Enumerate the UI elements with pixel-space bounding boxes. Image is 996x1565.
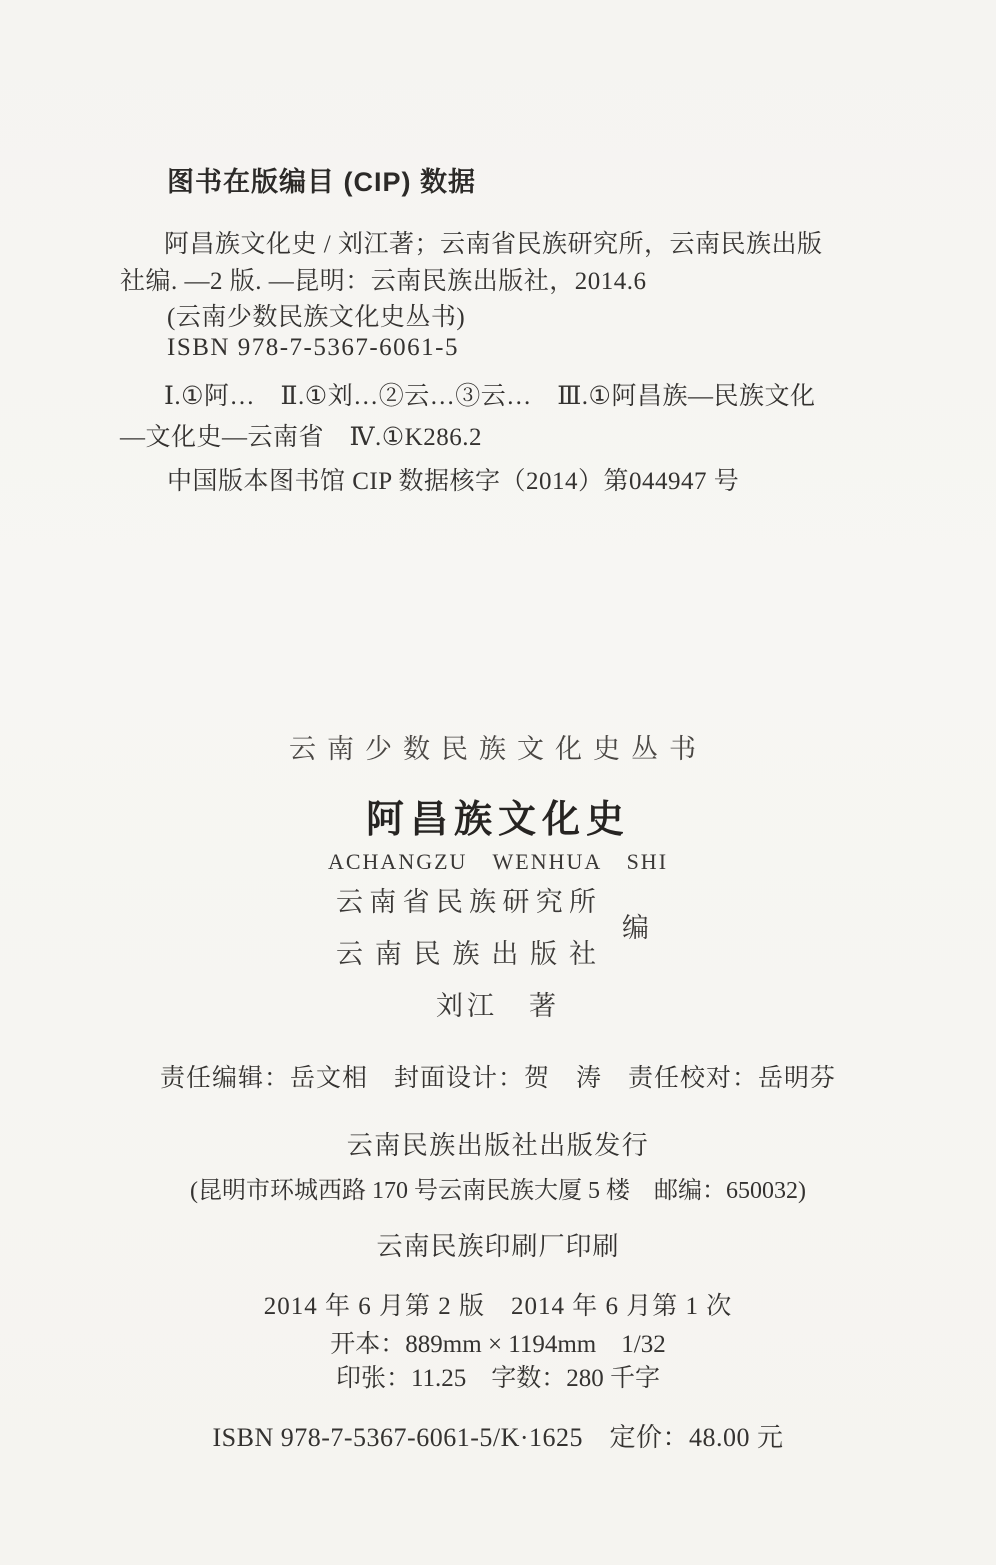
book-copyright-page: 图书在版编目 (CIP) 数据 阿昌族文化史 / 刘江著；云南省民族研究所，云南… <box>0 0 996 1565</box>
format-line: 开本：889mm × 1194mm 1/32 <box>0 1324 996 1360</box>
cip-description-line1: 阿昌族文化史 / 刘江著；云南省民族研究所，云南民族出版 <box>164 224 822 260</box>
isbn-price-line: ISBN 978-7-5367-6061-5/K·1625 定价：48.00 元 <box>0 1417 996 1454</box>
publisher-line: 云南民族出版社出版发行 <box>0 1125 996 1162</box>
sheets-wordcount-line: 印张：11.25 字数：280 千字 <box>0 1358 996 1394</box>
cip-classification-line1: Ⅰ.①阿… Ⅱ.①刘…②云…③云… Ⅲ.①阿昌族—民族文化 <box>164 376 815 412</box>
series-title: 云南少数民族文化史丛书 <box>0 727 996 766</box>
cip-series-note: (云南少数民族文化史丛书) <box>167 297 465 333</box>
cip-isbn: ISBN 978-7-5367-6061-5 <box>167 334 459 362</box>
cip-description-line2: 社编. —2 版. —昆明：云南民族出版社，2014.6 <box>120 261 647 297</box>
editorial-staff-line: 责任编辑：岳文相 封面设计：贺 涛 责任校对：岳明芬 <box>0 1058 996 1094</box>
romanized-title: ACHANGZU WENHUA SHI <box>0 849 996 875</box>
editor-org-1: 云南省民族研究所 <box>336 880 596 919</box>
editor-organizations: 云南省民族研究所 云南民族出版社 <box>336 880 596 971</box>
publisher-address-line: (昆明市环城西路 170 号云南民族大厦 5 楼 邮编：650032) <box>0 1170 996 1205</box>
book-title: 阿昌族文化史 <box>0 788 996 843</box>
edition-line: 2014 年 6 月第 2 版 2014 年 6 月第 1 次 <box>0 1286 996 1322</box>
editors-group: 云南省民族研究所 云南民族出版社 编 <box>336 880 649 971</box>
author-line: 刘江 著 <box>0 984 996 1023</box>
cip-registry-number: 中国版本图书馆 CIP 数据核字（2014）第044947 号 <box>167 461 739 497</box>
cip-classification-line2: —文化史—云南省 Ⅳ.①K286.2 <box>120 417 482 453</box>
printer-line: 云南民族印刷厂印刷 <box>0 1226 996 1263</box>
editor-org-2: 云南民族出版社 <box>336 932 596 971</box>
editor-role-label: 编 <box>622 906 649 945</box>
cip-heading: 图书在版编目 (CIP) 数据 <box>167 160 476 199</box>
